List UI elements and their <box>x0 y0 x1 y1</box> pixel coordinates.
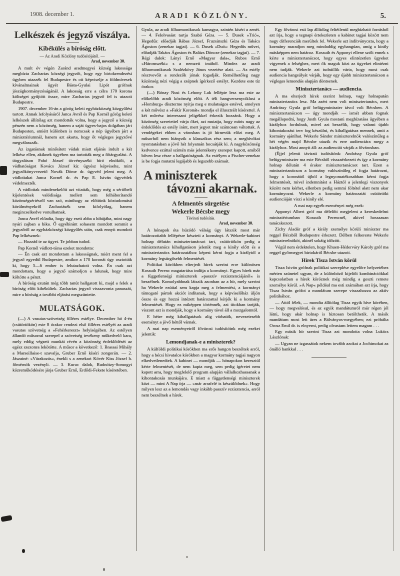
paragraph: A hónapok óta húzódó válság úgy látszik … <box>142 227 261 261</box>
headline-divider <box>66 43 79 44</box>
article2-subhead1: A felmentés sürgetése <box>142 200 261 208</box>
paragraph: Gyula, az aradi filharmonikusok karnagya… <box>142 27 261 90</box>
article2-dateline: Arad, november 30. <box>142 221 261 226</box>
column-left: Lelkészek és jegyző viszálya. Kibékülés … <box>8 26 137 551</box>
paragraph: — Ugyan ne izgassátok nekem tovább azoka… <box>270 341 389 352</box>
article1-body: A mult év végén Zaránd aradmegyei község… <box>13 66 133 298</box>
column-middle: Gyula, az aradi filharmonikusok karnagya… <box>137 26 266 551</box>
paragraph: (—) A vasutas-szövetség filléres estélye… <box>13 316 133 373</box>
scan-artifact <box>103 568 105 571</box>
paragraph: 1907. december 16-án a görög keleti egyh… <box>13 106 133 146</box>
paragraph: Politikai körökben elterjedt hírek szeri… <box>142 262 261 313</box>
paragraph: E hétre még kihallgatások alig várhatók,… <box>142 314 261 325</box>
scan-artifact <box>0 166 7 175</box>
headline-divider <box>194 197 207 198</box>
paragraph: A ma elterjedt hírek szerint holnap, vag… <box>270 94 389 151</box>
right-subhead-tisza: Hírek Tisza István körül <box>270 258 389 264</box>
scan-artifact <box>186 556 188 558</box>
paragraph: — Én csak azt mondottam a lakosságnak, m… <box>13 252 133 281</box>
article1-dateline: Arad, november 30. <box>13 59 133 64</box>
article1-byline: — Az Aradi Közlöny tudósítójától. — <box>13 54 133 59</box>
paragraph: Pap Kornél vádlott-társa ezeket mondotta… <box>13 245 133 251</box>
paragraph: A vádlottak mindenekelőtt azt vitatták, … <box>13 187 133 216</box>
article2-subhead2: Wekerle Bécsbe megy <box>142 208 261 216</box>
right-subhead-audiencia: Minisztertanács — audiencia. <box>270 87 389 93</box>
right-top-body: Egy fővárosi esti lap állítólag feltétle… <box>270 27 389 84</box>
paragraph: A bíróság ezután még több tanút hallgato… <box>13 281 133 298</box>
paragraph: Zichy Aladár gróf a király személye körü… <box>270 227 389 244</box>
column-right: Egy fővárosi esti lap állítólag feltétle… <box>265 26 394 551</box>
paragraph: Apponyi Albert gróf ma délelőtt megjelen… <box>270 209 389 226</box>
scan-artifact <box>0 272 9 277</box>
paragraph: Janca Avrél előadta, hogy úgy esett abba… <box>13 216 133 239</box>
article2-subhead3: Lemondjanak-e a miniszterek? <box>142 340 261 346</box>
column-layout: Lelkészek és jegyző viszálya. Kibékülés … <box>8 26 394 551</box>
paragraph: — Attól félek, — mondta állítólag Tisza … <box>270 300 389 329</box>
paragraph: Egy másik hír szerint Tisza azt mondotta… <box>270 329 389 340</box>
newspaper-page: 1908. december 1. ARADI KÖZLÖNY. 5. Lelk… <box>0 0 400 576</box>
article2-body2: A külföldi politikai körökben ma erős ha… <box>142 347 261 398</box>
mulatsagok-heading: MULATSÁGOK. <box>13 305 133 314</box>
mulatsagok-body: (—) A vasutas-szövetség filléres estélye… <box>13 316 133 373</box>
article2-headline-line2: távozni akarnak. <box>142 182 261 195</box>
right-body2: Tisza István grófnak politikai szereplés… <box>270 265 389 352</box>
article1-subhead: Kibékülés a bíróság előtt. <box>13 45 133 53</box>
continuation-body: Gyula, az aradi filharmonikusok karnagya… <box>142 27 261 164</box>
paragraph: A mai nap eseményeiről fővárosi tudósító… <box>142 326 261 337</box>
right-body1: A ma elterjedt hírek szerint holnap, vag… <box>270 94 389 256</box>
article2-headline-line1: A miniszterek <box>142 169 261 182</box>
paragraph: (Éjjel jelenti távirati tudósítónk: Andr… <box>270 151 389 202</box>
page-number: 5. <box>380 11 386 20</box>
paragraph: A mult év végén Zaránd aradmegyei község… <box>13 66 133 106</box>
page-header: 1908. december 1. ARADI KÖZLÖNY. 5. <box>8 11 396 23</box>
scan-artifact <box>22 549 25 553</box>
paragraph: (—) Bónay Nusi és Lehony Lak fellépte le… <box>142 90 261 164</box>
article2-body: A hónapok óta húzódó válság úgy látszik … <box>142 227 261 337</box>
article-end-rule <box>312 357 347 358</box>
article2-headline: A miniszterek távozni akarnak. <box>142 169 261 195</box>
article1-headline: Lelkészek és jegyző viszálya. <box>13 30 133 41</box>
paragraph: Tisza István grófnak politikai szereplés… <box>270 265 389 299</box>
masthead: ARADI KÖZLÖNY. <box>8 11 396 20</box>
paragraph: Egy fővárosi esti lap állítólag feltétle… <box>270 27 389 84</box>
wire-note: Távirati tudósítás. <box>142 216 261 221</box>
events-intro: A mai nap egyéb eseményei még ezek: <box>270 203 389 209</box>
header-rule <box>6 23 398 24</box>
paragraph: Végül nem érdektelen, hogy Khuen-Hédervá… <box>270 244 389 255</box>
paragraph: A külföldi politikai körökben ma erős ha… <box>142 347 261 398</box>
paragraph: — Hozzád te az ügyet. Te jobban tudod. <box>13 239 133 245</box>
paragraph: Az izgatásnak minősített vádak miatt elj… <box>13 146 133 186</box>
